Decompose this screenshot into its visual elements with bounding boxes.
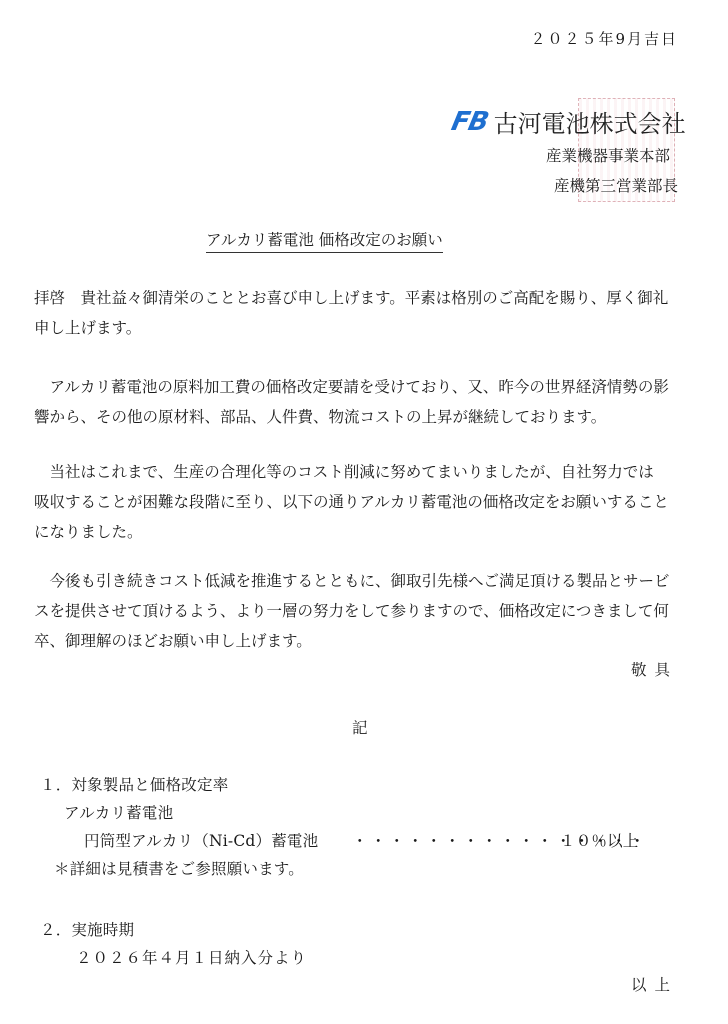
request-line-3: 卒、御理解のほどお願い申し上げます。 xyxy=(34,626,694,656)
request-paragraph: 今後も引き続きコスト低減を推進するとともに、御取引先様へご満足頂ける製品とサービ… xyxy=(34,566,694,656)
item1-note: ＊詳細は見積書をご参照願います。 xyxy=(54,857,304,879)
item1-rate: １０％以上 xyxy=(560,829,639,851)
item1-product: 円筒型アルカリ（Ni-Cd）蓄電池 xyxy=(84,829,318,851)
company-logo: FB 古河電池株式会社 xyxy=(452,104,686,139)
greeting-paragraph: 拝啓 貴社益々御清栄のこととお喜び申し上げます。平素は格別のご高配を賜り、厚く御… xyxy=(34,283,694,343)
reason-line-2: 響から、その他の原材料、部品、人件費、物流コストの上昇が継続しております。 xyxy=(34,402,694,432)
effort-line-2: 吸収することが困難な段階に至り、以下の通りアルカリ蓄電池の価格改定をお願いするこ… xyxy=(34,487,694,517)
greeting-line-1: 拝啓 貴社益々御清栄のこととお喜び申し上げます。平素は格別のご高配を賜り、厚く御… xyxy=(34,283,694,313)
item1-heading: １．対象製品と価格改定率 xyxy=(40,773,228,795)
document-subject: アルカリ蓄電池 価格改定のお願い xyxy=(206,228,443,253)
fb-logo-icon: FB xyxy=(449,107,491,137)
document-date: ２０２５年9月吉日 xyxy=(530,28,678,49)
effort-paragraph: 当社はこれまで、生産の合理化等のコスト削減に努めてまいりましたが、自社努力では … xyxy=(34,457,694,547)
request-line-2: スを提供させて頂けるよう、より一層の努力をして参りますので、価格改定につきまして… xyxy=(34,596,694,626)
greeting-line-2: 申し上げます。 xyxy=(34,313,694,343)
sender-title: 産機第三営業部長 xyxy=(554,174,678,196)
effort-line-1: 当社はこれまで、生産の合理化等のコスト削減に努めてまいりましたが、自社努力では xyxy=(34,457,694,487)
item2-value: ２０２６年４月１日納入分より xyxy=(76,946,307,968)
closing-keigu: 敬具 xyxy=(631,658,678,680)
item1-category: アルカリ蓄電池 xyxy=(64,801,173,823)
department-name: 産業機器事業本部 xyxy=(546,144,670,166)
request-line-1: 今後も引き続きコスト低減を推進するとともに、御取引先様へご満足頂ける製品とサービ xyxy=(34,566,694,596)
item2-heading: ２．実施時期 xyxy=(40,918,134,940)
end-mark: 以上 xyxy=(631,973,678,995)
company-name: 古河電池株式会社 xyxy=(494,104,686,139)
reason-paragraph: アルカリ蓄電池の原料加工費の価格改定要請を受けており、又、昨今の世界経済情勢の影… xyxy=(34,372,694,432)
reason-line-1: アルカリ蓄電池の原料加工費の価格改定要請を受けており、又、昨今の世界経済情勢の影 xyxy=(34,372,694,402)
effort-line-3: になりました。 xyxy=(34,517,694,547)
notes-heading: 記 xyxy=(352,716,368,738)
